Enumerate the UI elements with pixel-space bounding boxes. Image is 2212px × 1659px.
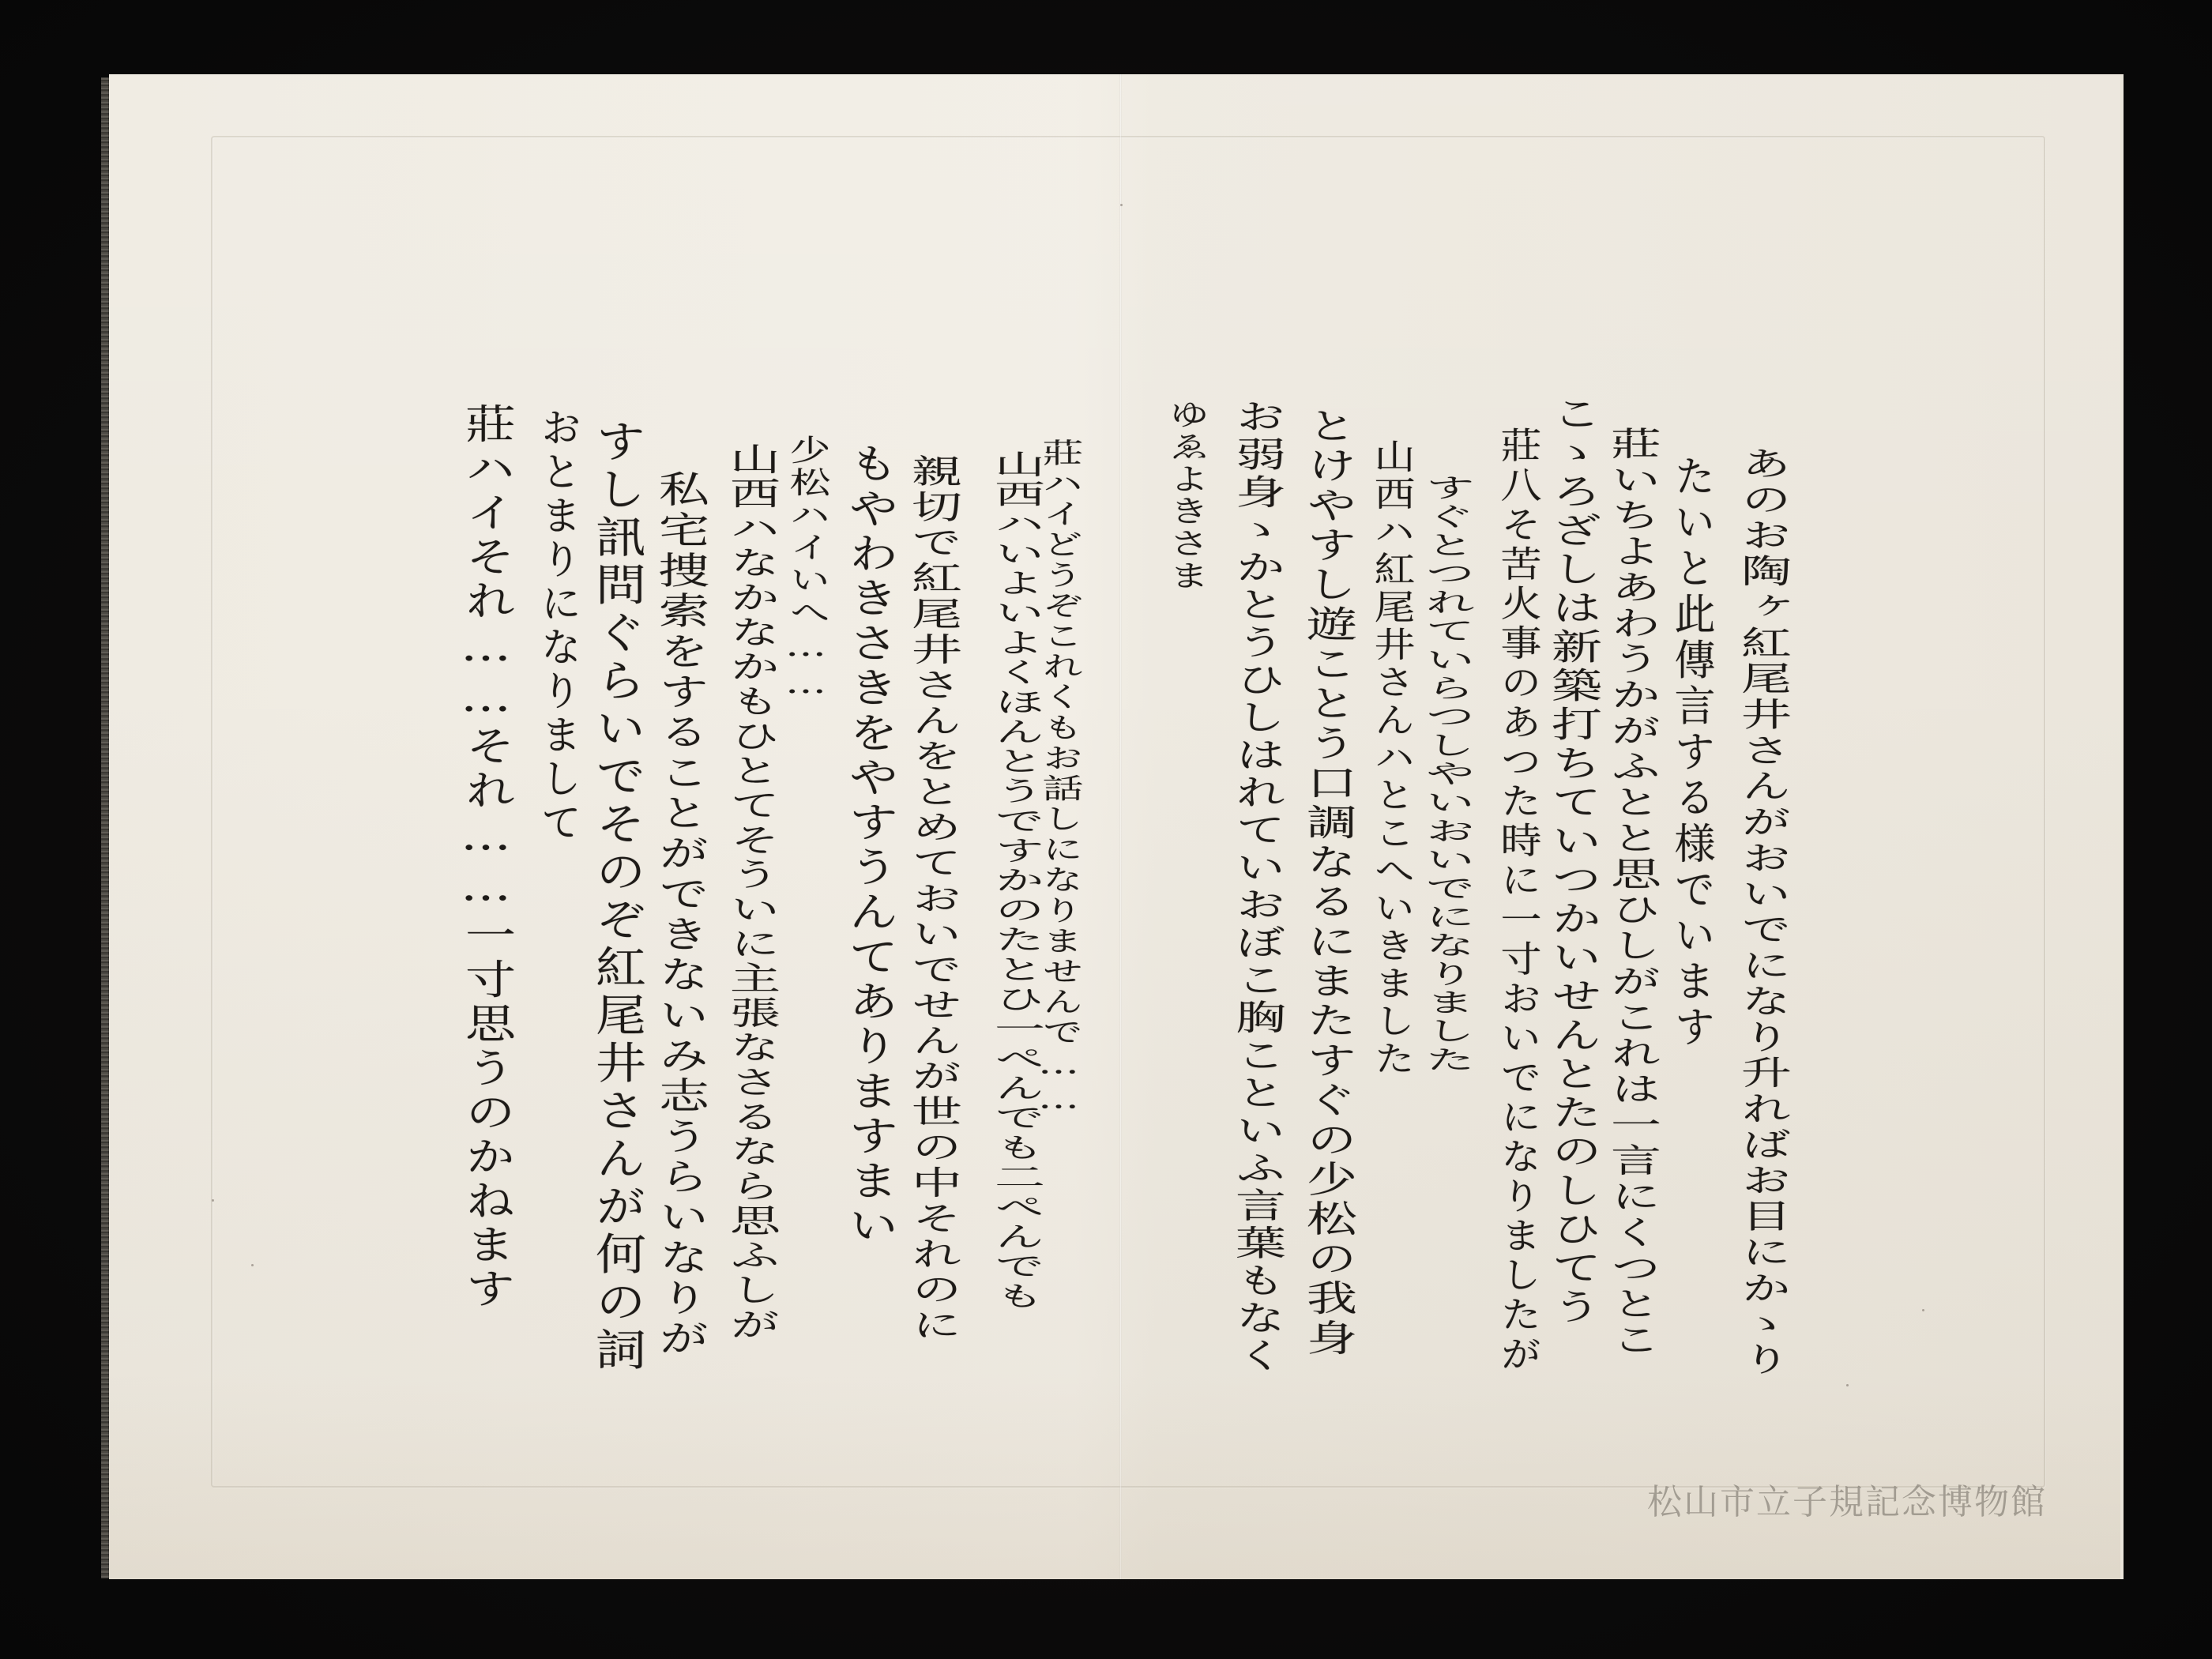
text-column: もやわきさきをやすうんてありますまい <box>844 442 894 1249</box>
paper-speck <box>1120 204 1123 206</box>
paper-speck <box>251 1264 254 1266</box>
paper-speck <box>212 1199 214 1202</box>
text-column: すぐとつれていらつしやいおいでになりました <box>1420 474 1471 1074</box>
text-column: 莊八そ苦火事のあつた時に一寸おいでになりましたが <box>1496 427 1537 1375</box>
text-column: 山西ハなかなかもひとてそういに主張なさるなら思ふしが <box>725 442 776 1342</box>
text-column: すし訊問ぐらいでそのぞ紅尾井さんが何の詞 <box>591 419 641 1375</box>
text-column: 山西ハ紅尾井さんハとこへいきました <box>1370 438 1411 1078</box>
text-column: 莊いちよあわうかがふとと思ひしがこれは一言にくつとこ <box>1606 427 1657 1358</box>
center-fold <box>1119 74 1122 1579</box>
paper-speck <box>1846 1384 1849 1386</box>
text-column: 親切で紅尾井さんをとめておいでせんが世の中それのに <box>907 454 957 1343</box>
paper-speck <box>1922 1309 1924 1311</box>
text-column: 少松ハイいへ…… <box>785 434 826 703</box>
manuscript-sheet <box>109 74 2120 1579</box>
text-column: 山西ハいよいよくほんとうですかのたとひ一ぺんでも二ぺんでも <box>990 450 1040 1311</box>
text-column: 私宅捜索をすることができないみ志うらいなりが <box>654 470 705 1360</box>
text-column: おとまりになりまして <box>536 407 577 845</box>
text-column: 莊ハイそれ……それ……一寸思うのかねます <box>461 403 511 1312</box>
photo-backdrop: あのお陶ヶ紅尾井さんがおいでになり升ればお目にかゝり たいと此傳言する様でいます… <box>0 0 2212 1659</box>
text-column: とけやすし遊ことう口調なるにまたすぐの少松の我身 <box>1302 407 1352 1359</box>
sheet-edge-highlight <box>2120 74 2124 1579</box>
text-column: ゆゑよきさま <box>1164 399 1206 592</box>
text-column: こゝろざしは新築打ちていつかいせんとたのしひてう <box>1547 395 1597 1326</box>
text-column: お弱身ゝかとうひしはれていおぼこ胸こといふ言葉もなく <box>1231 399 1281 1375</box>
text-column: あのお陶ヶ紅尾井さんがおいでになり升ればお目にかゝり <box>1736 446 1787 1378</box>
museum-watermark: 松山市立子規記念博物館 <box>1647 1473 2047 1524</box>
text-column: たいと此傳言する様でいます <box>1670 454 1711 1051</box>
